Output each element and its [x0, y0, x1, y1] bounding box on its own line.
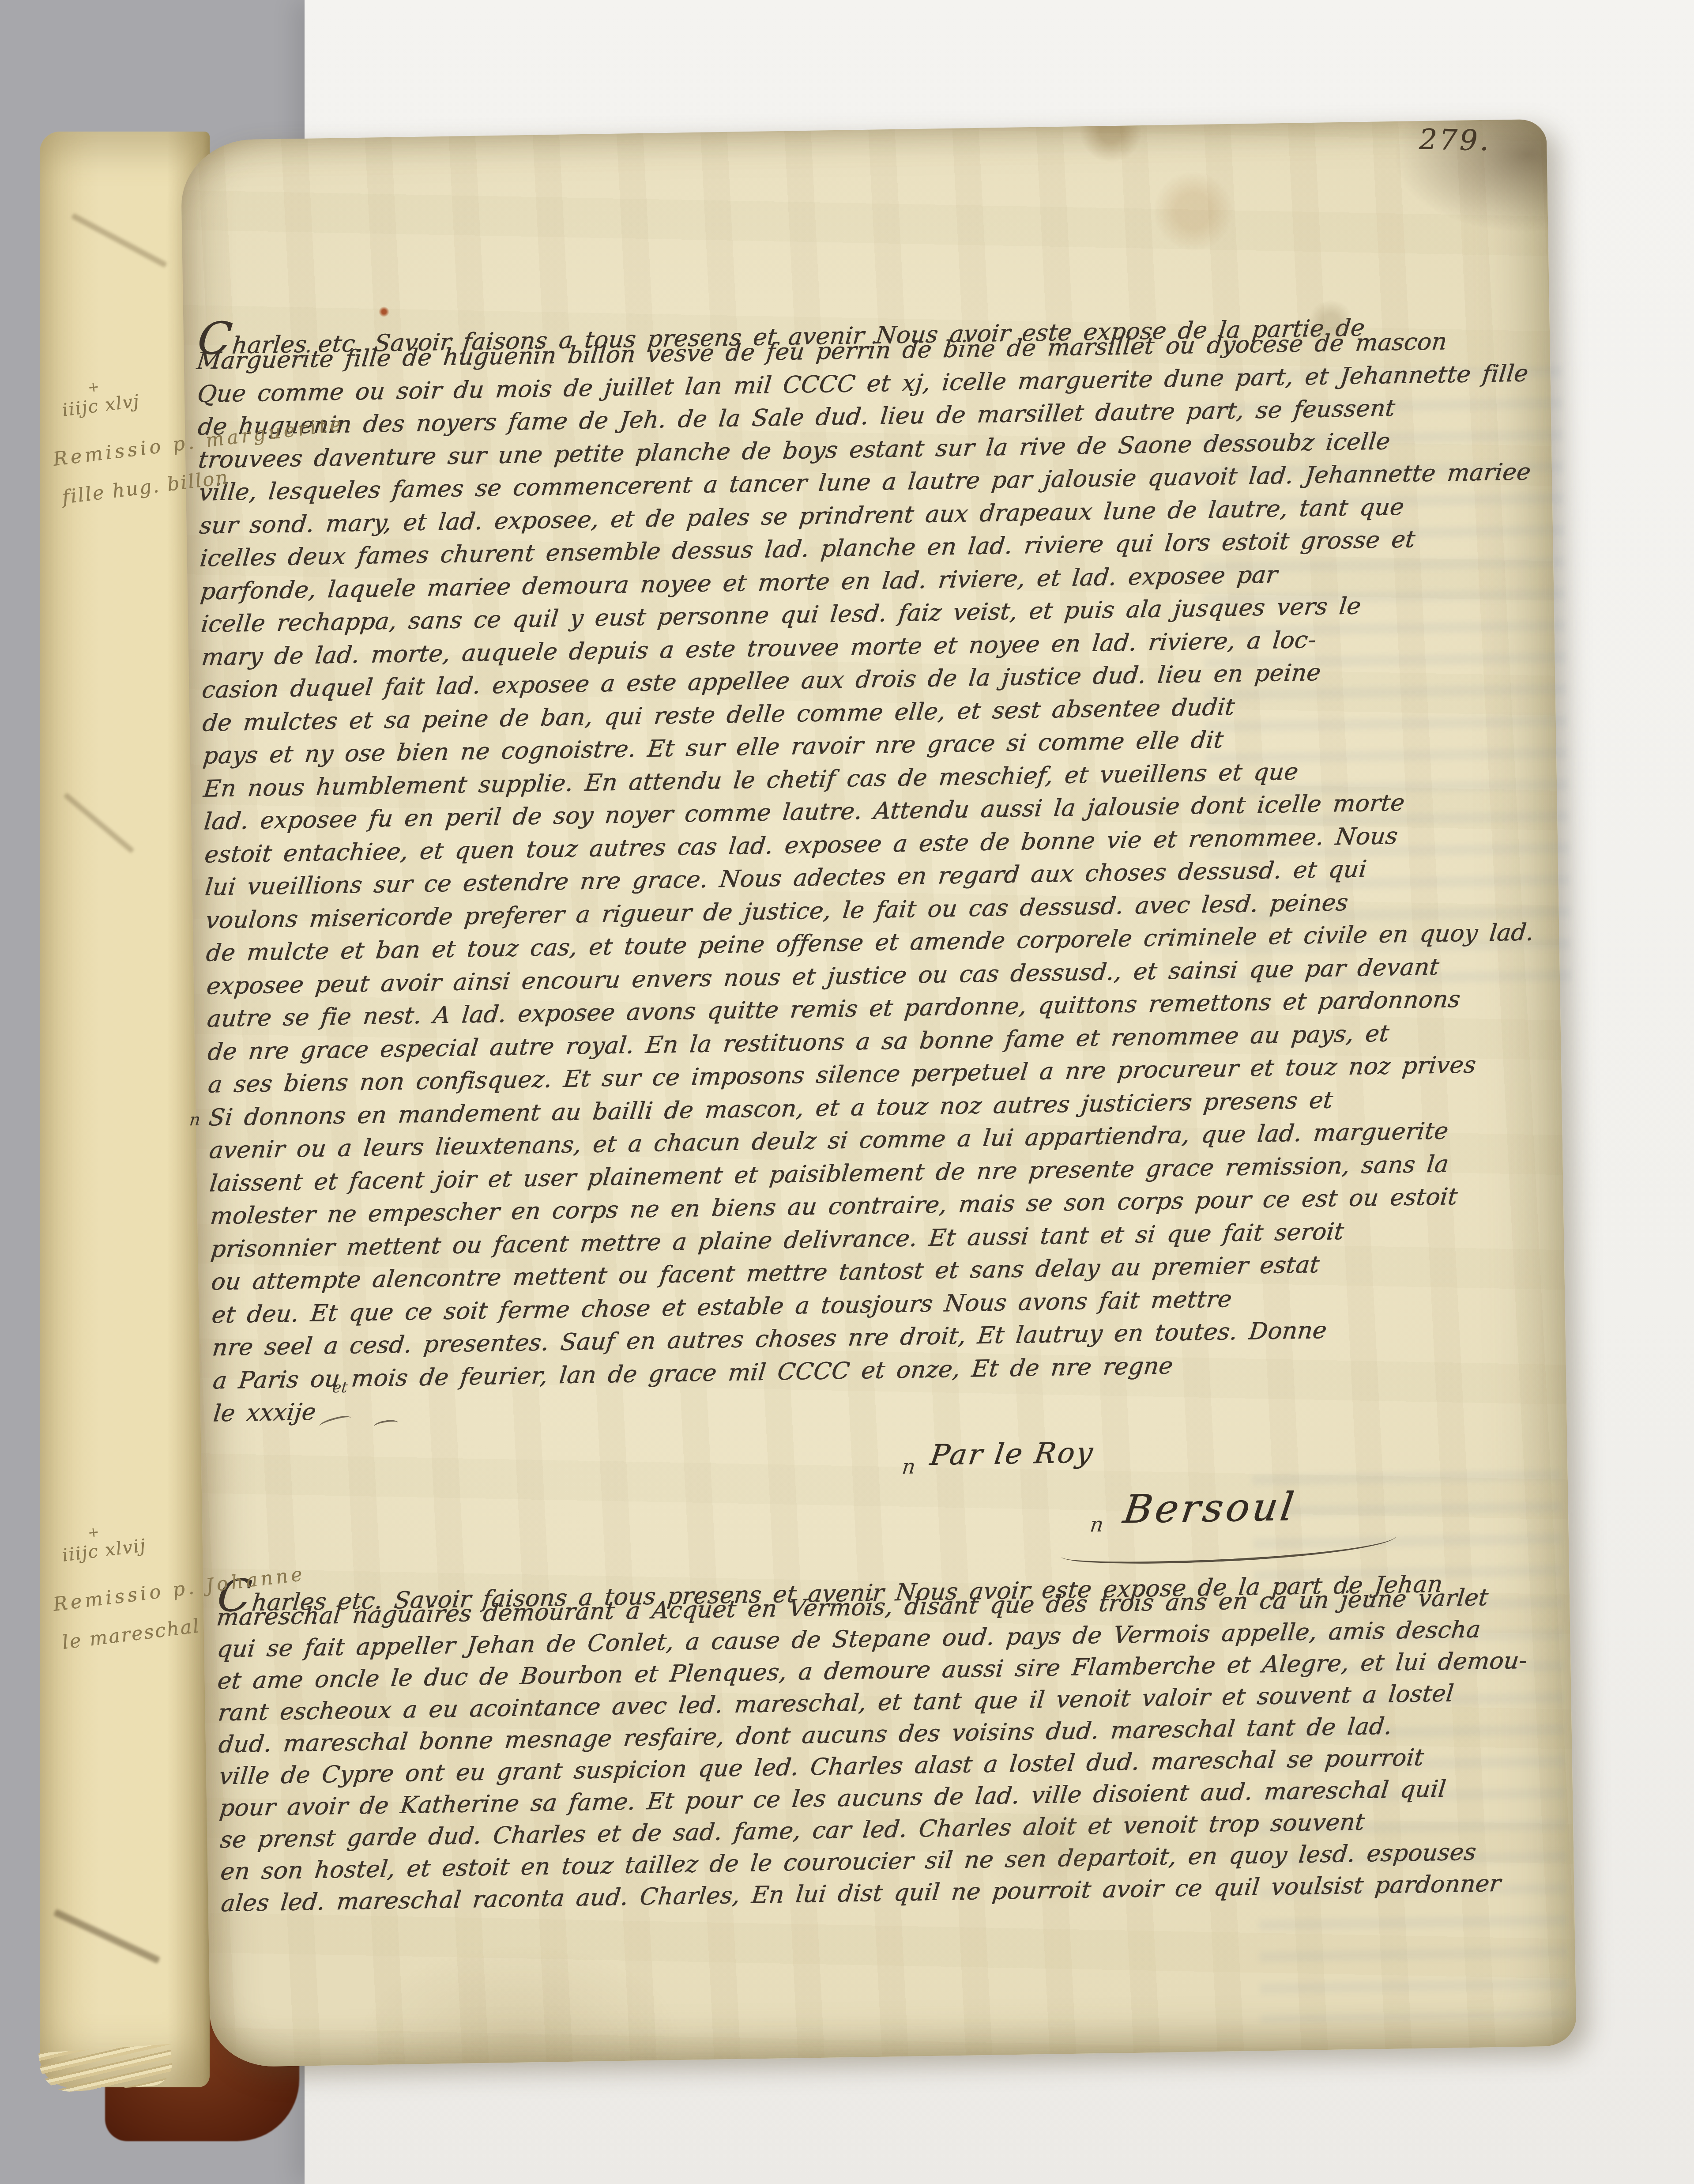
signature-paraph-mark: n — [1089, 1513, 1105, 1537]
margin-note-act-447: + iiijc xlvij Remissio p. Johanne le mar… — [45, 1513, 249, 1667]
interlinear-addition: et — [331, 1379, 348, 1397]
signature-secretary: Bersoul — [1120, 1484, 1299, 1532]
margin-note-line: fille hug. billon — [61, 466, 230, 509]
margin-cross-mark: + — [87, 1524, 100, 1541]
margin-note-line: le mareschal — [61, 1615, 201, 1654]
ink-showthrough-mark — [71, 213, 167, 268]
margin-act-number: iiijc xlvj — [61, 391, 141, 421]
signature-paraph-mark: n — [901, 1454, 917, 1479]
margin-act-number: iiijc xlvij — [61, 1535, 147, 1566]
folio-number: 279. — [1419, 123, 1491, 157]
signature-par-le-roy: Par le Roy — [928, 1437, 1096, 1472]
line-filler-flourish — [318, 1414, 352, 1430]
margin-note-act-446: + iiijc xlvj Remissio p. marguerite fill… — [45, 368, 249, 522]
ink-showthrough-mark — [53, 1909, 160, 1964]
manuscript-photo: 279. Charles etc. Savoir faisons a tous … — [0, 0, 1694, 2184]
manuscript-page: 279. Charles etc. Savoir faisons a tous … — [181, 119, 1577, 2067]
line-filler-flourish — [373, 1418, 399, 1431]
paragraph-mark: n — [188, 1110, 202, 1129]
margin-cross-mark: + — [87, 379, 100, 396]
manuscript-line: a Paris ou mois de feurier, lan de grace… — [211, 1354, 1174, 1392]
manuscript-line: le xxxije — [212, 1400, 317, 1426]
ink-showthrough-mark — [64, 792, 135, 853]
